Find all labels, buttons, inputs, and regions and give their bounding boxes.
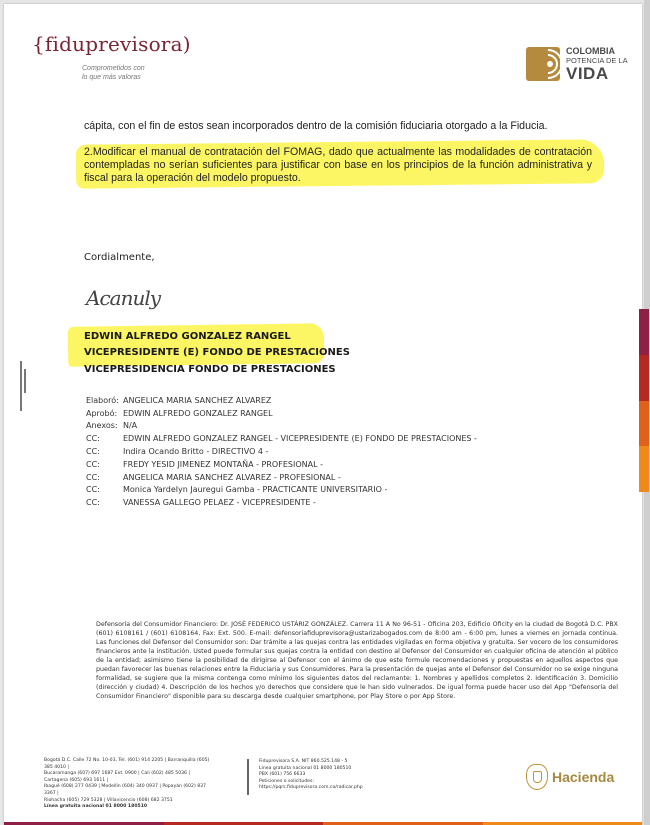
cc-label: CC:: [86, 460, 123, 469]
coat-of-arms-icon: [526, 764, 548, 790]
color-segment: [639, 355, 649, 401]
highlight-marker: [68, 323, 325, 367]
meta-row: Anexos:N/A: [86, 420, 477, 433]
cc-value: FREDY YESID JIMENEZ MONTAÑA - PROFESIONA…: [123, 460, 323, 469]
cc-value: VANESSA GALLEGO PELAEZ - VICEPRESIDENTE …: [123, 498, 316, 507]
footer-line: PBX (601) 756 6633: [259, 772, 429, 779]
signer-department: VICEPRESIDENCIA FONDO DE PRESTACIONES: [84, 364, 336, 375]
footer-divider: [247, 759, 249, 795]
footer-line: Ibagué (608) 277 0439 | Medellín (604) 3…: [44, 784, 214, 797]
cc-value: Monica Yardelyn Jauregui Gamba - PRACTIC…: [123, 485, 387, 494]
fiduprevisora-tagline: Comprometidos con lo que más valoras: [82, 64, 172, 82]
footer-line: Bucaramanga (607) 697 1687 Ext. 0900 | C…: [44, 771, 214, 784]
meta-row: Elaboró:ANGELICA MARIA SANCHEZ ALVAREZ: [86, 394, 477, 407]
meta-label: Elaboró:: [86, 396, 123, 405]
cc-value: Indira Ocando Britto - DIRECTIVO 4 -: [123, 447, 268, 456]
paragraph-2: 2.Modificar el manual de contratación de…: [84, 146, 592, 186]
cc-row: CC:EDWIN ALFREDO GONZALEZ RANGEL - VICEP…: [86, 432, 477, 445]
cc-label: CC:: [86, 473, 123, 482]
cc-label: CC:: [86, 485, 123, 494]
handwritten-signature: Acanuly: [86, 286, 160, 310]
meta-label: Aprobó:: [86, 409, 123, 418]
footer-company-info: Fiduprevisora S.A. NIT 860.525.148 - 5 L…: [259, 759, 429, 792]
colombia-potencia-vida-logo: COLOMBIA POTENCIA DE LA VIDA: [526, 46, 628, 82]
footer-offices: Bogotá D.C. Calle 72 No. 10-03, Tel. (60…: [44, 758, 214, 811]
signer-name: EDWIN ALFREDO GONZALEZ RANGEL: [84, 331, 291, 342]
footer-line: Línea gratuita nacional 01 8000 180510: [44, 804, 214, 811]
brand-color-bar: [639, 309, 649, 492]
cc-row: CC:Monica Yardelyn Jauregui Gamba - PRAC…: [86, 484, 477, 497]
tagline-line-2: lo que más valoras: [82, 73, 172, 82]
defensor-consumidor-notice: Defensoría del Consumidor Financiero: Dr…: [96, 620, 618, 701]
footer-line: Bogotá D.C. Calle 72 No. 10-03, Tel. (60…: [44, 758, 214, 771]
signer-title: VICEPRESIDENTE (E) FONDO DE PRESTACIONES: [84, 347, 350, 358]
fiduprevisora-logo: {fiduprevisora): [32, 32, 191, 56]
paragraph-1: cápita, con el fin de estos sean incorpo…: [84, 120, 592, 133]
footer-line: Fiduprevisora S.A. NIT 860.525.148 - 5: [259, 759, 429, 766]
meta-value: EDWIN ALFREDO GONZALEZ RANGEL: [123, 409, 273, 418]
cc-row: CC:VANESSA GALLEGO PELAEZ - VICEPRESIDEN…: [86, 496, 477, 509]
colombia-text-line-3: VIDA: [566, 65, 628, 82]
document-page: {fiduprevisora) Comprometidos con lo que…: [4, 4, 642, 825]
vertical-stamp: [18, 361, 28, 411]
footer-link[interactable]: https://pqrs.fiduprevisora.com.co/radica…: [259, 785, 429, 792]
colombia-text-line-1: COLOMBIA: [566, 46, 628, 56]
color-segment: [639, 309, 649, 355]
color-segment: [639, 401, 649, 447]
hacienda-logo: Hacienda: [526, 764, 614, 790]
cc-value: EDWIN ALFREDO GONZALEZ RANGEL - VICEPRES…: [123, 434, 477, 443]
cc-row: CC:Indira Ocando Britto - DIRECTIVO 4 -: [86, 445, 477, 458]
cc-value: ANGELICA MARIA SANCHEZ ALVAREZ - PROFESI…: [123, 473, 341, 482]
cc-label: CC:: [86, 447, 123, 456]
meta-label: Anexos:: [86, 421, 123, 430]
cc-row: CC:FREDY YESID JIMENEZ MONTAÑA - PROFESI…: [86, 458, 477, 471]
colombia-waves-icon: [526, 47, 560, 81]
cc-label: CC:: [86, 434, 123, 443]
closing-text: Cordialmente,: [84, 252, 155, 263]
cc-row: CC:ANGELICA MARIA SANCHEZ ALVAREZ - PROF…: [86, 471, 477, 484]
cc-label: CC:: [86, 498, 123, 507]
meta-row: Aprobó:EDWIN ALFREDO GONZALEZ RANGEL: [86, 407, 477, 420]
document-metadata: Elaboró:ANGELICA MARIA SANCHEZ ALVAREZ A…: [86, 394, 477, 509]
meta-value: ANGELICA MARIA SANCHEZ ALVAREZ: [123, 396, 271, 405]
meta-value: N/A: [123, 421, 137, 430]
hacienda-text: Hacienda: [552, 769, 614, 785]
color-segment: [639, 446, 649, 492]
tagline-line-1: Comprometidos con: [82, 64, 172, 73]
